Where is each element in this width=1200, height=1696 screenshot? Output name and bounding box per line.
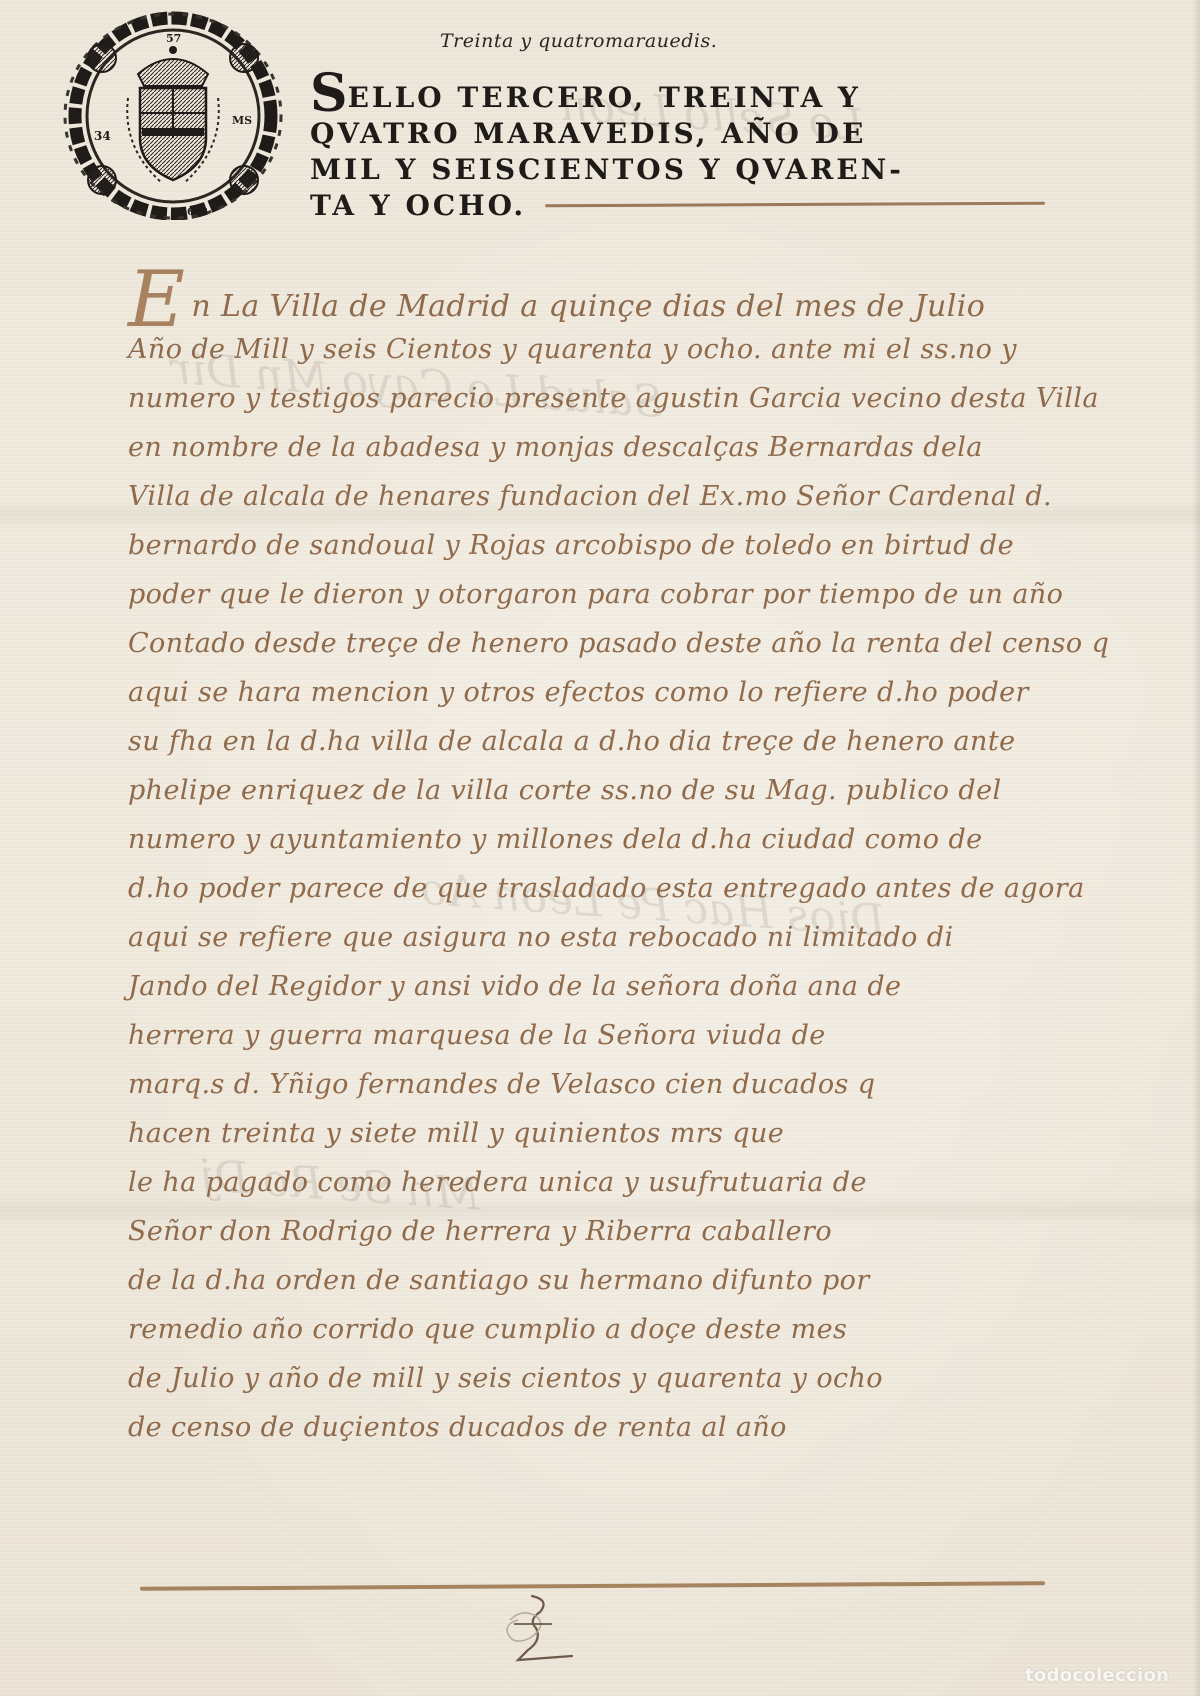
manuscript-line: en nombre de la abadesa y monjas descalç… [128, 423, 1068, 472]
stamp-heading-line: SELLO TERCERO, TREINTA Y [310, 76, 1010, 116]
stamp-heading-line: MIL Y SEISCIENTOS Y QVAREN- [310, 152, 1010, 188]
manuscript-line: Año de Mill y seis Cientos y quarenta y … [128, 325, 1068, 374]
manuscript-line: poder que le dieron y otorgaron para cob… [128, 570, 1068, 619]
stamp-heading-text: ELLO TERCERO, TREINTA Y [348, 81, 861, 114]
svg-text:1648: 1648 [180, 207, 208, 218]
closing-divider [140, 1581, 1045, 1591]
manuscript-line: aqui se refiere que asigura no esta rebo… [128, 913, 1068, 962]
manuscript-line: Jando del Regidor y ansi vido de la seño… [128, 962, 1068, 1011]
manuscript-line: de Julio y año de mill y seis cientos y … [128, 1354, 1068, 1403]
coat-of-arms-icon: 57 34 MS 1648 [62, 8, 284, 220]
manuscript-line: remedio año corrido que cumplio a doçe d… [128, 1305, 1068, 1354]
manuscript-line: Señor don Rodrigo de herrera y Riberra c… [128, 1207, 1068, 1256]
manuscript-line: Contado desde treçe de henero pasado des… [128, 619, 1068, 668]
svg-text:57: 57 [166, 32, 181, 45]
manuscript-line: aqui se hara mencion y otros efectos com… [128, 668, 1068, 717]
svg-text:34: 34 [94, 129, 111, 143]
stamp-value-line: Treinta y quatromarauedis. [440, 30, 717, 52]
manuscript-line: de censo de duçientos ducados de renta a… [128, 1403, 1068, 1452]
manuscript-line: le ha pagado como heredera unica y usufr… [128, 1158, 1068, 1207]
document-page: Lo Sello Leon Salud Lo Cayo Mn Dir Dios … [0, 0, 1200, 1696]
notarial-rubric-icon [470, 1590, 590, 1670]
svg-text:MS: MS [232, 114, 252, 127]
stamp-heading-initial: S [310, 63, 348, 124]
page-edge [1192, 0, 1200, 1696]
manuscript-line: herrera y guerra marquesa de la Señora v… [128, 1011, 1068, 1060]
manuscript-line: marq.s d. Yñigo fernandes de Velasco cie… [128, 1060, 1068, 1109]
manuscript-line: bernardo de sandoual y Rojas arcobispo d… [128, 521, 1068, 570]
watermark: todocoleccion [1025, 1665, 1169, 1686]
manuscript-line-text: n La Villa de Madrid a quinçe dias del m… [191, 289, 985, 324]
manuscript-body: En La Villa de Madrid a quinçe dias del … [128, 276, 1068, 1452]
manuscript-line: phelipe enriquez de la villa corte ss.no… [128, 766, 1068, 815]
manuscript-line: hacen treinta y siete mill y quinientos … [128, 1109, 1068, 1158]
stamp-heading-line: QVATRO MARAVEDIS, AÑO DE [310, 116, 1010, 152]
manuscript-line: En La Villa de Madrid a quinçe dias del … [128, 276, 1068, 325]
manuscript-line: numero y testigos parecio presente agust… [128, 374, 1068, 423]
manuscript-line: numero y ayuntamiento y millones dela d.… [128, 815, 1068, 864]
manuscript-line: su fha en la d.ha villa de alcala a d.ho… [128, 717, 1068, 766]
manuscript-line: de la d.ha orden de santiago su hermano … [128, 1256, 1068, 1305]
manuscript-line: d.ho poder parece de que trasladado esta… [128, 864, 1068, 913]
manuscript-line: Villa de alcala de henares fundacion del… [128, 472, 1068, 521]
royal-seal-stamp: 57 34 MS 1648 [62, 8, 284, 220]
